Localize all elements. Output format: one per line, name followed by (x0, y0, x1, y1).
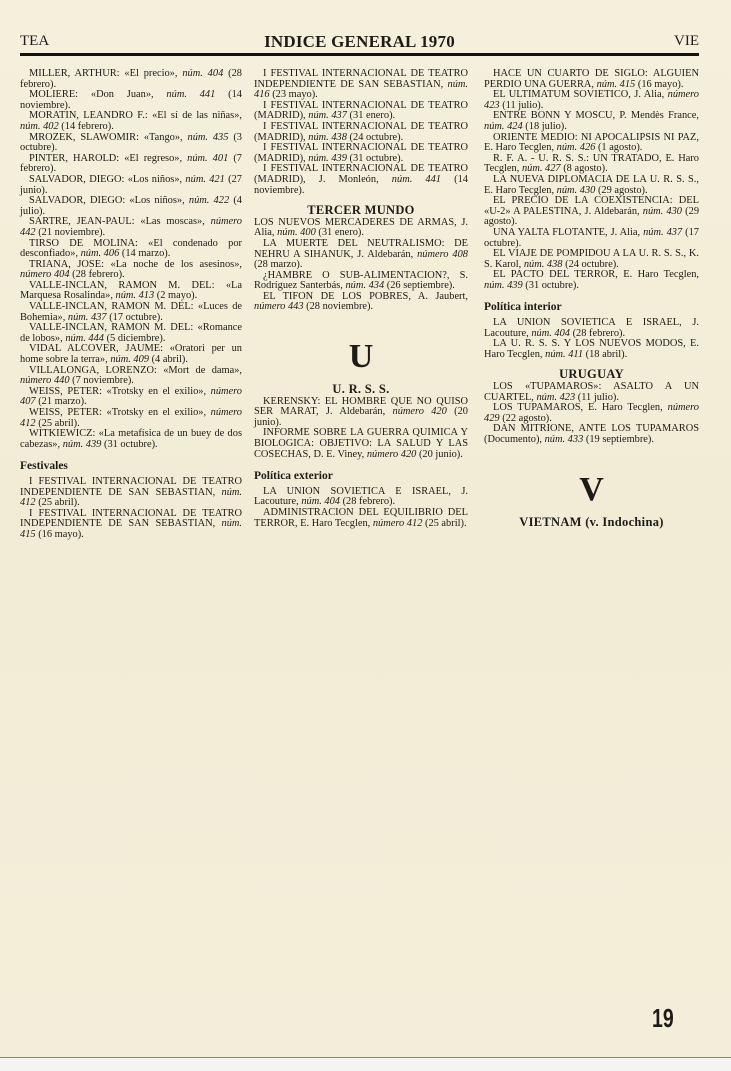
index-entry: EL ULTIMATUM SOVIETICO, J. Alia, número … (484, 90, 699, 111)
issue-date: (11 julio). (500, 100, 544, 111)
section-heading: VIETNAM (v. Indochina) (484, 517, 699, 528)
issue-number: núm. 437 (68, 312, 107, 323)
index-entry: MILLER, ARTHUR: «El precio», núm. 404 (2… (20, 69, 242, 90)
page-number: 19 (652, 1003, 674, 1034)
issue-date: (18 julio). (523, 121, 567, 132)
index-entry: LA U. R. S. S. Y LOS NUEVOS MODOS, E. Ha… (484, 339, 699, 360)
index-entry: I FESTIVAL INTERNACIONAL DE TEATRO (MADR… (254, 143, 468, 164)
index-entry: LA UNION SOVIETICA E ISRAEL, J. Lacoutur… (254, 487, 468, 508)
index-entry: WEISS, PETER: «Trotsky en el exilio», nú… (20, 408, 242, 429)
issue-date: (16 mayo). (36, 529, 84, 540)
issue-number: núm. 413 (116, 290, 155, 301)
index-entry: I FESTIVAL INTERNACIONAL DE TEATRO (MADR… (254, 101, 468, 122)
issue-date: (1 agosto). (595, 142, 642, 153)
issue-number: núm. 433 (545, 434, 584, 445)
issue-date: (21 noviembre). (36, 227, 106, 238)
entry-title: ENTRE BONN Y MOSCU, P. Mendès France, (493, 110, 699, 121)
entry-title: EL ULTIMATUM SOVIETICO, J. Alia, (493, 89, 668, 100)
issue-number: núm. 435 (188, 132, 229, 143)
index-entry: VALLE-INCLAN, RAMON M. DEL: «Romance de … (20, 323, 242, 344)
index-entry: HACE UN CUARTO DE SIGLO: ALGUIEN PERDIO … (484, 69, 699, 90)
issue-number: núm. 421 (185, 174, 224, 185)
index-entry: I FESTIVAL INTERNACIONAL DE TEATRO INDEP… (20, 509, 242, 541)
issue-date: (14 febrero). (59, 121, 114, 132)
issue-number: núm. 424 (484, 121, 523, 132)
entry-title: SARTRE, JEAN-PAUL: «Las moscas», (29, 216, 211, 227)
issue-date: (31 enero). (316, 227, 364, 238)
index-entry: VALLE-INCLAN, RAMON M. DEL: «La Marquesa… (20, 281, 242, 302)
subsection-heading: Política interior (484, 302, 699, 313)
index-entry: WEISS, PETER: «Trotsky en el exilio», nú… (20, 387, 242, 408)
entry-title: PINTER, HAROLD: «El regreso», (29, 153, 187, 164)
issue-date: (29 agosto). (595, 185, 647, 196)
issue-date: (23 mayo). (270, 89, 318, 100)
issue-date: (31 octubre). (523, 280, 579, 291)
column-3: HACE UN CUARTO DE SIGLO: ALGUIEN PERDIO … (484, 69, 699, 529)
issue-number: núm. 406 (81, 248, 120, 259)
issue-number: núm. 441 (392, 174, 441, 185)
header-right-guide-word: VIE (674, 33, 699, 50)
entry-title: EL PACTO DEL TERROR, E. Haro Tecglen, (493, 269, 699, 280)
issue-date: (28 febrero). (70, 269, 125, 280)
index-entry: MORATIN, LEANDRO F.: «El sí de las niñas… (20, 111, 242, 132)
index-entry: I FESTIVAL INTERNACIONAL DE TEATRO INDEP… (20, 477, 242, 509)
index-entry: LOS NUEVOS MERCADERES DE ARMAS, J. Alia,… (254, 218, 468, 239)
issue-number: núm. 409 (110, 354, 149, 365)
issue-number: núm. 402 (20, 121, 59, 132)
index-entry: WITKIEWICZ: «La metafísica de un buey de… (20, 429, 242, 450)
issue-date: (28 febrero). (340, 496, 395, 507)
issue-number: núm. 427 (522, 163, 561, 174)
issue-number: núm. 434 (345, 280, 384, 291)
section-heading: U. R. S. S. (254, 384, 468, 395)
issue-number: número 408 (417, 249, 468, 260)
entry-title: WEISS, PETER: «Trotsky en el exilio», (29, 407, 211, 418)
issue-date: (14 marzo). (119, 248, 170, 259)
issue-date: (19 septiembre). (583, 434, 654, 445)
entry-title: UNA YALTA FLOTANTE, J. Alia, (493, 227, 643, 238)
issue-date: (24 octubre). (347, 132, 403, 143)
entry-title: MOLIERE: «Don Juan», (29, 89, 166, 100)
index-entry: SARTRE, JEAN-PAUL: «Las moscas», número … (20, 217, 242, 238)
entry-title: SALVADOR, DIEGO: «Los niños», (29, 195, 189, 206)
issue-number: número 412 (373, 518, 423, 529)
issue-date: (28 febrero). (570, 328, 625, 339)
page-title: INDICE GENERAL 1970 (20, 32, 699, 52)
issue-number: núm. 430 (643, 206, 682, 217)
issue-number: núm. 438 (524, 259, 563, 270)
issue-date: (8 agosto). (561, 163, 608, 174)
issue-number: núm. 444 (65, 333, 104, 344)
issue-number: núm. 411 (545, 349, 583, 360)
entry-title: I FESTIVAL INTERNACIONAL DE TEATRO INDEP… (254, 68, 468, 90)
index-entry: LOS «TUPAMAROS»: ASALTO A UN CUARTEL, nú… (484, 382, 699, 403)
issue-number: núm. 439 (63, 439, 102, 450)
magazine-page: TEA INDICE GENERAL 1970 VIE MILLER, ARTH… (0, 0, 731, 1057)
index-entry: ADMINISTRACION DEL EQUILIBRIO DEL TERROR… (254, 508, 468, 529)
issue-date: (16 mayo). (635, 79, 683, 90)
entry-title: MILLER, ARTHUR: «El precio», (29, 68, 182, 79)
index-entry: KERENSKY: EL HOMBRE QUE NO QUISO SER MAR… (254, 397, 468, 429)
issue-date: (25 abril). (36, 497, 80, 508)
entry-title: VILLALONGA, LORENZO: «Mort de dama», (29, 365, 242, 376)
issue-date: (31 octubre). (101, 439, 157, 450)
index-entry: MROZEK, SLAWOMIR: «Tango», núm. 435 (3 o… (20, 133, 242, 154)
index-entry: UNA YALTA FLOTANTE, J. Alia, núm. 437 (1… (484, 228, 699, 249)
index-entry: ENTRE BONN Y MOSCU, P. Mendès France, nú… (484, 111, 699, 132)
index-entry: EL PRECIO DE LA COEXISTENCIA: DEL «U-2» … (484, 196, 699, 228)
subsection-heading: Festivales (20, 461, 242, 472)
issue-number: núm. 438 (308, 132, 347, 143)
index-entry: I FESTIVAL INTERNACIONAL DE TEATRO INDEP… (254, 69, 468, 101)
scan-bottom-margin (0, 1057, 731, 1071)
subsection-heading: Política exterior (254, 471, 468, 482)
column-2: I FESTIVAL INTERNACIONAL DE TEATRO INDEP… (254, 69, 468, 529)
entry-title: MROZEK, SLAWOMIR: «Tango», (29, 132, 188, 143)
entry-title: I FESTIVAL INTERNACIONAL DE TEATRO INDEP… (20, 508, 242, 530)
issue-number: número 440 (20, 375, 70, 386)
issue-number: núm. 401 (187, 153, 228, 164)
entry-title: I FESTIVAL INTERNACIONAL DE TEATRO INDEP… (20, 476, 242, 498)
issue-date: (28 noviembre). (304, 301, 374, 312)
issue-date: (18 abril). (583, 349, 627, 360)
issue-date: (4 abril). (149, 354, 188, 365)
index-entry: EL PACTO DEL TERROR, E. Haro Tecglen, nú… (484, 270, 699, 291)
index-entry: TRIANA, JOSE: «La noche de los asesinos»… (20, 260, 242, 281)
index-entry: LA UNION SOVIETICA E ISRAEL, J. Lacoutur… (484, 318, 699, 339)
index-entry: EL TIFON DE LOS POBRES, A. Jaubert, núme… (254, 292, 468, 313)
issue-date: (31 octubre). (347, 153, 403, 164)
issue-number: núm. 404 (182, 68, 223, 79)
issue-number: núm. 441 (166, 89, 215, 100)
issue-number: número 420 (393, 406, 447, 417)
issue-number: núm. 426 (557, 142, 596, 153)
section-heading: URUGUAY (484, 369, 699, 380)
issue-number: núm. 404 (531, 328, 570, 339)
index-entry: I FESTIVAL INTERNACIONAL DE TEATRO (MADR… (254, 164, 468, 196)
issue-date: (2 mayo). (154, 290, 197, 301)
index-entry: LOS TUPAMAROS, E. Haro Tecglen, número 4… (484, 403, 699, 424)
issue-number: núm. 404 (301, 496, 340, 507)
entry-title: LOS TUPAMAROS, E. Haro Tecglen, (493, 402, 668, 413)
index-entry: MOLIERE: «Don Juan», núm. 441 (14 noviem… (20, 90, 242, 111)
issue-date: (21 marzo). (36, 396, 87, 407)
page-header: TEA INDICE GENERAL 1970 VIE (20, 33, 699, 53)
entry-title: SALVADOR, DIEGO: «Los niños», (29, 174, 185, 185)
issue-number: núm. 415 (597, 79, 636, 90)
index-entry: DAN MITRIONE, ANTE LOS TUPAMAROS (Docume… (484, 424, 699, 445)
issue-number: núm. 439 (308, 153, 347, 164)
index-entry: ¿HAMBRE O SUB-ALIMENTACION?, S. Rodrígue… (254, 271, 468, 292)
entry-title: EL TIFON DE LOS POBRES, A. Jaubert, (263, 291, 468, 302)
entry-title: TRIANA, JOSE: «La noche de los asesinos»… (29, 259, 242, 270)
issue-number: número 404 (20, 269, 70, 280)
issue-number: núm. 422 (189, 195, 229, 206)
issue-date: (25 abril). (36, 418, 80, 429)
alphabet-letter-heading: U (254, 339, 468, 375)
index-entry: SALVADOR, DIEGO: «Los niños», núm. 422 (… (20, 196, 242, 217)
entry-title: WEISS, PETER: «Trotsky en el exilio», (29, 386, 211, 397)
index-entry: R. F. A. - U. R. S. S.: UN TRATADO, E. H… (484, 154, 699, 175)
index-entry: EL VIAJE DE POMPIDOU A LA U. R. S. S., K… (484, 249, 699, 270)
issue-date: (28 marzo). (254, 259, 302, 270)
index-entry: INFORME SOBRE LA GUERRA QUIMICA Y BIOLOG… (254, 428, 468, 460)
issue-date: (24 octubre). (563, 259, 619, 270)
header-rule (20, 53, 699, 56)
index-entry: ORIENTE MEDIO: NI APOCALIPSIS NI PAZ, E.… (484, 133, 699, 154)
section-heading: TERCER MUNDO (254, 205, 468, 216)
alphabet-letter-heading: V (484, 472, 699, 508)
issue-number: núm. 423 (536, 392, 575, 403)
issue-number: núm. 400 (277, 227, 316, 238)
index-entry: VILLALONGA, LORENZO: «Mort de dama», núm… (20, 366, 242, 387)
issue-date: (26 septiembre). (384, 280, 455, 291)
issue-date: (31 enero). (347, 110, 395, 121)
index-entry: VALLE-INCLAN, RAMON M. DEL: «Luces de Bo… (20, 302, 242, 323)
issue-number: núm. 437 (308, 110, 347, 121)
index-entry: I FESTIVAL INTERNACIONAL DE TEATRO (MADR… (254, 122, 468, 143)
issue-date: (11 julio). (575, 392, 619, 403)
issue-date: (7 noviembre). (70, 375, 134, 386)
index-entry: PINTER, HAROLD: «El regreso», núm. 401 (… (20, 154, 242, 175)
index-entry: SALVADOR, DIEGO: «Los niños», núm. 421 (… (20, 175, 242, 196)
issue-number: núm. 439 (484, 280, 523, 291)
issue-date: (20 junio). (416, 449, 462, 460)
issue-date: (5 diciembre). (104, 333, 165, 344)
issue-date: (22 agosto). (500, 413, 552, 424)
issue-number: núm. 437 (643, 227, 682, 238)
index-entry: LA NUEVA DIPLOMACIA DE LA U. R. S. S., E… (484, 175, 699, 196)
issue-number: número 443 (254, 301, 304, 312)
index-entry: TIRSO DE MOLINA: «El condenado por desco… (20, 239, 242, 260)
issue-date: (17 octubre). (107, 312, 163, 323)
issue-number: núm. 430 (557, 185, 596, 196)
index-entry: LA MUERTE DEL NEUTRALISMO: DE NEHRU A SI… (254, 239, 468, 271)
index-entry: VIDAL ALCOVER, JAUME: «Oratori per un ho… (20, 344, 242, 365)
entry-title: MORATIN, LEANDRO F.: «El sí de las niñas… (29, 110, 242, 121)
column-1: MILLER, ARTHUR: «El precio», núm. 404 (2… (20, 69, 242, 541)
issue-date: (25 abril). (422, 518, 466, 529)
issue-number: número 420 (367, 449, 417, 460)
